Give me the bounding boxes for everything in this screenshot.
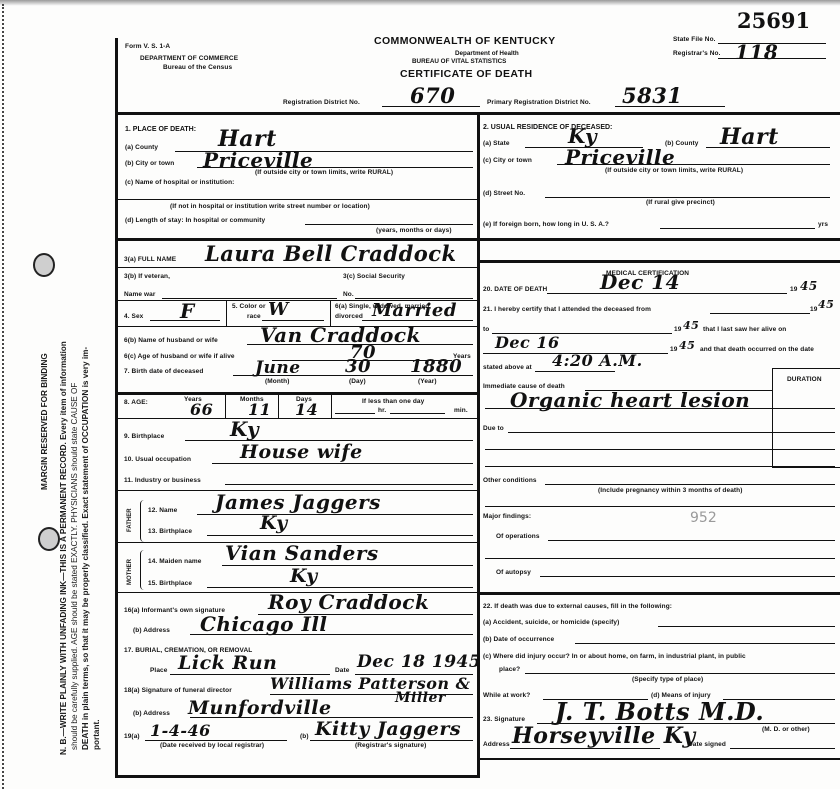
while-at-work-label: While at work? (483, 692, 530, 699)
operations-label: Of operations (496, 533, 540, 540)
ssn-no-label: No. (343, 291, 354, 298)
margin-note-line2: should be carefully supplied. AGE should… (70, 383, 81, 750)
pod-city-note: (If outside city or town limits, write R… (255, 169, 393, 176)
title-commonwealth: COMMONWEALTH OF KENTUCKY (374, 35, 555, 47)
industry-label: 11. Industry or business (124, 477, 201, 484)
signature-note: (M. D. or other) (762, 726, 810, 733)
res-street-note: (If rural give precinct) (646, 199, 715, 206)
cause-value: Organic heart lesion (510, 388, 750, 412)
pod-county-label: (a) County (125, 144, 158, 151)
form-id: Form V. S. 1-A (125, 43, 170, 50)
husband-label: 6(b) Name of husband or wife (124, 337, 218, 344)
burial-place-label: Place (150, 667, 168, 674)
registrar-no-value: 118 (735, 40, 778, 64)
occurred-label: and that death occurred on the date (700, 346, 814, 353)
occupation-label: 10. Usual occupation (124, 456, 191, 463)
age-years-value: 66 (190, 400, 213, 419)
binding-hole-icon (33, 253, 55, 277)
sex-value: F (180, 299, 195, 323)
stated-label: stated above at (483, 364, 532, 371)
birthplace-label: 9. Birthplace (124, 433, 164, 440)
death-time-value: 4:20 A.M. (552, 351, 643, 370)
margin-binding-note: MARGIN RESERVED FOR BINDING (40, 353, 51, 490)
birth-day-value: 30 (345, 356, 371, 377)
stamp-number: 952 (690, 510, 717, 526)
margin-note-line4: portant. (92, 720, 103, 750)
reg-district-label: Registration District No. (283, 99, 360, 106)
pod-hospital-label: (c) Name of hospital or institution: (125, 179, 234, 186)
res-city-label: (c) City or town (483, 157, 532, 164)
birth-day-label: (Day) (349, 378, 366, 385)
birth-date-label: 7. Birth date of deceased (124, 368, 203, 375)
death-certificate-page: MARGIN RESERVED FOR BINDING N. B.—WRITE … (0, 0, 840, 789)
father-birthplace-value: Ky (260, 512, 288, 534)
signature-label: 23. Signature (483, 716, 525, 723)
veteran-war-label: Name war (124, 291, 156, 298)
reg-district-value: 670 (410, 83, 455, 108)
external-c-label2: place? (499, 666, 520, 673)
age-less-label: If less than one day (362, 398, 424, 405)
perforated-edge (2, 4, 5, 789)
to-year-value: 45 (683, 319, 699, 332)
external-heading: 22. If death was due to external causes,… (483, 603, 672, 610)
director-label: 18(a) Signature of funeral director (124, 687, 232, 694)
res-city-note: (If outside city or town limits, write R… (605, 167, 743, 174)
death-date-value: Dec 14 (600, 270, 680, 294)
veteran-label: 3(b) If veteran, (124, 273, 170, 280)
physician-address-label: Address (483, 741, 510, 748)
mother-birthplace-label: 15. Birthplace (148, 580, 192, 587)
ssn-label: 3(c) Social Security (343, 273, 405, 280)
state-file-label: State File No. (673, 36, 716, 43)
director-signature-line2: Miller (395, 690, 446, 706)
margin-note-line3: DEATH in plain terms, so that it may be … (81, 347, 92, 750)
primary-district-label: Primary Registration District No. (487, 99, 591, 106)
res-foreign-label: (e) If foreign born, how long in U. S. A… (483, 221, 609, 228)
external-c-note: (Specify type of place) (632, 676, 703, 683)
attended-year-prefix: 19 (810, 306, 817, 313)
res-street-label: (d) Street No. (483, 190, 525, 197)
registrar-sig-note: (Registrar's signature) (355, 742, 426, 749)
duration-label: DURATION (787, 376, 822, 383)
age-min-label: min. (454, 407, 468, 414)
res-city-value: Priceville (565, 145, 675, 169)
attended-year-value: 45 (818, 298, 834, 311)
external-c-label: (c) Where did injury occur? In or about … (483, 653, 746, 660)
father-tag: FATHER (125, 508, 136, 532)
binding-hole-icon (38, 527, 60, 551)
color-race-label: race (247, 313, 261, 320)
margin-note-line1: N. B.—WRITE PLAINLY WITH UNFADING INK—TH… (59, 341, 70, 755)
external-b-label: (b) Date of occurrence (483, 636, 554, 643)
birth-year-label: (Year) (418, 378, 437, 385)
last-saw-year: 45 (679, 339, 695, 352)
registrar-sig-label: (b) (300, 733, 309, 740)
informant-address-label: (b) Address (133, 627, 170, 634)
res-state-label: (a) State (483, 140, 510, 147)
pod-hospital-note: (If not in hospital or institution write… (170, 203, 370, 210)
mother-name-label: 14. Maiden name (148, 558, 202, 565)
title-bureau: BUREAU OF VITAL STATISTICS (412, 58, 506, 65)
informant-signature: Roy Craddock (268, 590, 429, 614)
to-label: to (483, 326, 489, 333)
color-value: W (268, 299, 289, 320)
other-conditions-label: Other conditions (483, 477, 537, 484)
marital-divorced-label: divorced (335, 313, 363, 320)
major-findings-label: Major findings: (483, 513, 531, 520)
birth-month-value: June (255, 358, 301, 378)
husband-value: Van Craddock (260, 323, 421, 347)
birth-year-value: 1880 (410, 356, 462, 377)
res-county-value: Hart (720, 124, 779, 150)
mother-name-value: Vian Sanders (225, 541, 379, 565)
mother-birthplace-value: Ky (290, 565, 318, 587)
res-foreign-unit: yrs (818, 221, 828, 228)
received-label: 19(a) (124, 733, 140, 740)
age-days-value: 14 (295, 400, 318, 419)
last-saw-label: that I last saw her alive on (703, 326, 786, 333)
full-name-label: 3(a) FULL NAME (124, 256, 176, 263)
father-birthplace-label: 13. Birthplace (148, 528, 192, 535)
death-year-prefix: 19 (790, 286, 797, 293)
received-note: (Date received by local registrar) (160, 742, 264, 749)
duration-box (772, 368, 840, 468)
husband-age-label: 6(c) Age of husband or wife if alive (124, 353, 235, 360)
scan-top-edge (0, 0, 840, 6)
age-label: 8. AGE: (124, 399, 148, 406)
due-to-label: Due to (483, 425, 504, 432)
sex-label: 4. Sex (124, 313, 143, 320)
age-hr-label: hr. (378, 407, 386, 414)
death-date-label: 20. DATE OF DEATH (483, 286, 547, 293)
burial-place-value: Lick Run (178, 652, 277, 674)
director-address-label: (b) Address (133, 710, 170, 717)
place-of-death-heading: 1. PLACE OF DEATH: (125, 126, 196, 133)
attended-label: 21. I hereby certify that I attended the… (483, 306, 651, 313)
pod-city-label: (b) City or town (125, 160, 174, 167)
physician-signature: J. T. Botts M.D. (555, 697, 764, 726)
director-address-value: Munfordville (188, 697, 332, 719)
burial-date-value: Dec 18 1945 (357, 652, 481, 672)
pod-stay-label: (d) Length of stay: In hospital or commu… (125, 217, 265, 224)
father-name-value: James Jaggers (215, 490, 381, 514)
state-file-number: 25691 (737, 8, 810, 33)
external-a-label: (a) Accident, suicide, or homicide (spec… (483, 619, 619, 626)
primary-district-value: 5831 (622, 83, 682, 108)
physician-address-value: Horseyville Ky (512, 723, 696, 749)
pod-stay-note: (years, months or days) (376, 227, 452, 234)
autopsy-label: Of autopsy (496, 569, 531, 576)
registrar-signature: Kitty Jaggers (315, 718, 461, 740)
father-name-label: 12. Name (148, 507, 177, 514)
registrar-no-label: Registrar's No. (673, 50, 720, 57)
date-signed-label: Date signed (688, 741, 726, 748)
other-conditions-note: (Include pregnancy within 3 months of de… (598, 487, 743, 494)
birthplace-value: Ky (230, 417, 259, 441)
color-label: 5. Color or (232, 303, 266, 310)
full-name-value: Laura Bell Craddock (205, 241, 457, 266)
marital-value: Married (372, 300, 457, 321)
occupation-value: House wife (240, 441, 363, 463)
dept-commerce: DEPARTMENT OF COMMERCE (140, 55, 238, 62)
informant-address-value: Chicago Ill (200, 612, 328, 636)
death-year-value: 45 (800, 279, 818, 293)
burial-date-label: Date (335, 667, 350, 674)
birth-month-label: (Month) (265, 378, 290, 385)
mother-tag: MOTHER (125, 559, 136, 585)
title-certificate: CERTIFICATE OF DEATH (400, 68, 532, 80)
last-saw-value: Dec 16 (495, 333, 560, 352)
received-date-value: 1-4-46 (150, 721, 211, 740)
bureau-census: Bureau of the Census (163, 64, 232, 71)
title-dept-health: Department of Health (455, 50, 519, 57)
